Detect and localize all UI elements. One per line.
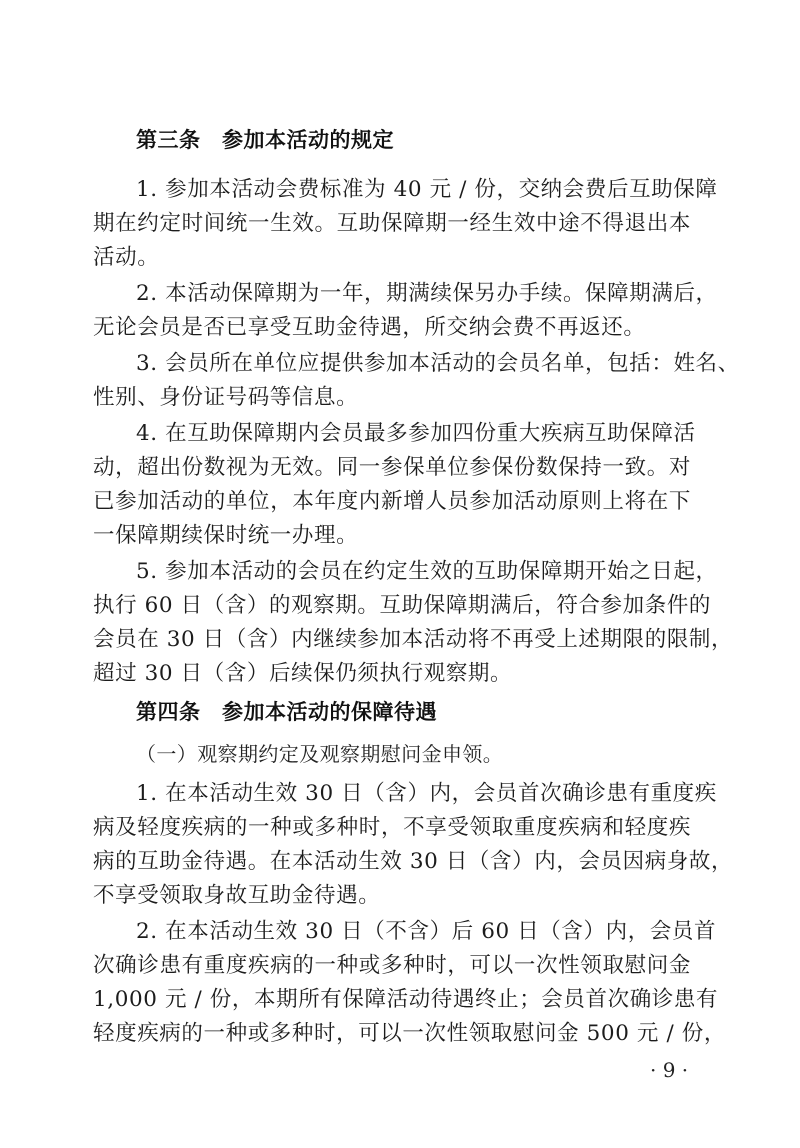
paragraph-line: 执行 60 日（含）的观察期。互助保障期满后，符合参加条件的: [93, 588, 691, 619]
paragraph-line: 动，超出份数视为无效。同一参保单位参保份数保持一致。对: [93, 450, 691, 481]
paragraph-line: 已参加活动的单位，本年度内新增人员参加活动原则上将在下: [93, 484, 691, 515]
paragraph-line: 1,000 元 / 份，本期所有保障活动待遇终止；会员首次确诊患有: [93, 982, 691, 1013]
subsection-heading: （一）观察期约定及观察期慰问金申领。: [136, 738, 503, 767]
section-heading-article-4: 第四条 参加本活动的保障待遇: [136, 696, 437, 726]
section-heading-article-3: 第三条 参加本活动的规定: [136, 124, 394, 154]
paragraph-line: 轻度疾病的一种或多种时，可以一次性领取慰问金 500 元 / 份，: [93, 1016, 691, 1047]
paragraph-line: 3. 会员所在单位应提供参加本活动的会员名单，包括：姓名、: [136, 346, 691, 377]
paragraph-line: 会员在 30 日（含）内继续参加本活动将不再受上述期限的限制，: [93, 622, 691, 653]
paragraph-line: 无论会员是否已享受互助金待遇，所交纳会费不再返还。: [93, 310, 646, 341]
paragraph-line: 4. 在互助保障期内会员最多参加四份重大疾病互助保障活: [136, 416, 691, 447]
paragraph-line: 一保障期续保时统一办理。: [93, 518, 358, 549]
paragraph-line: 性别、身份证号码等信息。: [93, 380, 358, 411]
paragraph-line: 1. 在本活动生效 30 日（含）内，会员首次确诊患有重度疾: [136, 776, 691, 807]
paragraph-line: 次确诊患有重度疾病的一种或多种时，可以一次性领取慰问金: [93, 948, 691, 979]
paragraph-line: 不享受领取身故互助金待遇。: [93, 878, 380, 909]
paragraph-line: 2. 本活动保障期为一年，期满续保另办手续。保障期满后，: [136, 276, 691, 307]
paragraph-line: 2. 在本活动生效 30 日（不含）后 60 日（含）内，会员首: [136, 914, 691, 945]
page-number: · 9 ·: [650, 1058, 688, 1082]
paragraph-line: 期在约定时间统一生效。互助保障期一经生效中途不得退出本: [93, 206, 691, 237]
paragraph-line: 活动。: [93, 240, 159, 271]
paragraph-line: 病的互助金待遇。在本活动生效 30 日（含）内，会员因病身故，: [93, 844, 691, 875]
paragraph-line: 超过 30 日（含）后续保仍须执行观察期。: [93, 656, 512, 687]
paragraph-line: 1. 参加本活动会费标准为 40 元 / 份，交纳会费后互助保障: [136, 172, 691, 203]
paragraph-line: 病及轻度疾病的一种或多种时，不享受领取重度疾病和轻度疾: [93, 810, 691, 841]
paragraph-line: 5. 参加本活动的会员在约定生效的互助保障期开始之日起，: [136, 554, 691, 585]
